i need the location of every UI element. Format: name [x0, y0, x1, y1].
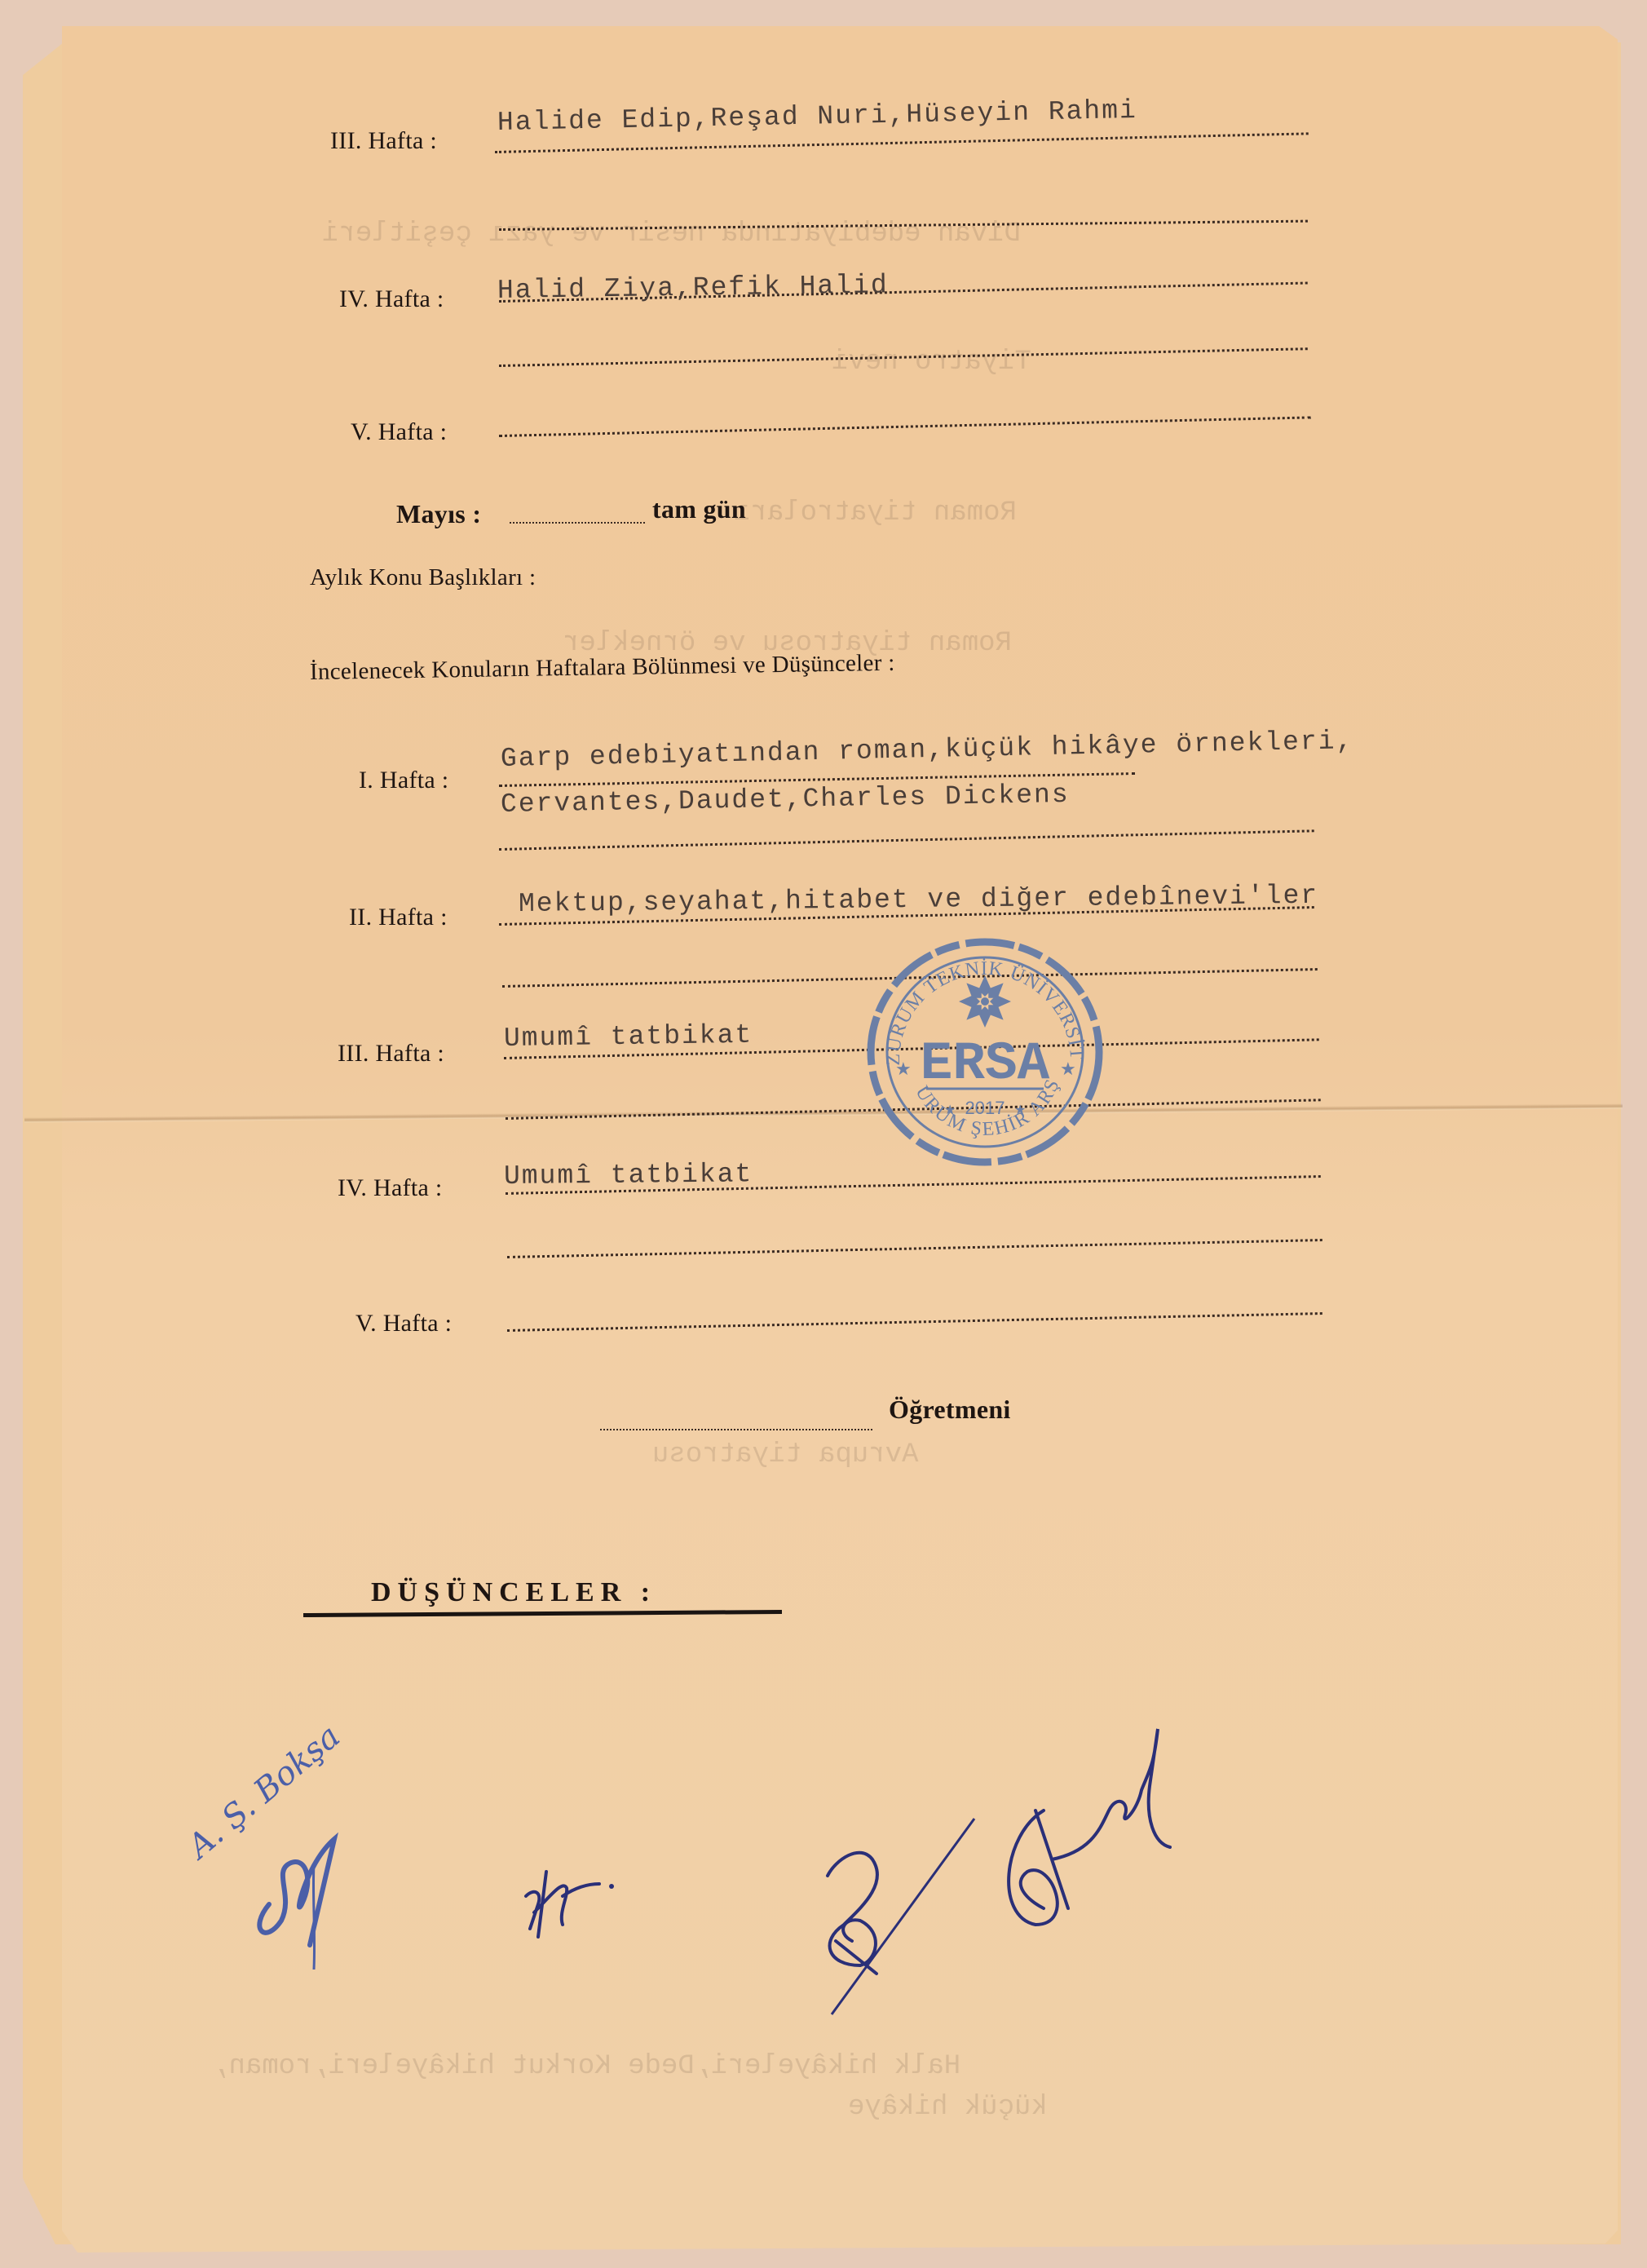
- monthly-topics-label: Aylık Konu Başlıkları :: [310, 564, 536, 591]
- days-suffix-label: tam gün: [652, 494, 746, 524]
- week-label-iii: III. Hafta :: [338, 1040, 444, 1068]
- teacher-name-line[interactable]: [600, 1429, 872, 1430]
- svg-text:★: ★: [1060, 1059, 1076, 1079]
- handwritten-signature-icon: A. Ş. Bokşa: [192, 1700, 404, 1978]
- signature-3: [811, 1778, 958, 2023]
- bleed-through-text: Halk hikâyeleri,Dede Korkut hikâyeleri,r…: [212, 2051, 960, 2082]
- week-label-i: I. Hafta :: [359, 767, 448, 794]
- week-label-v: V. Hafta :: [351, 418, 447, 446]
- signature-2: [518, 1847, 616, 1945]
- teacher-label: Öğretmeni: [889, 1395, 1011, 1425]
- week-label-v: V. Hafta :: [355, 1310, 452, 1337]
- week-label-iv: IV. Hafta :: [338, 1174, 443, 1202]
- handwritten-signature-icon: [518, 1847, 616, 1945]
- signature-4: [995, 1713, 1182, 1941]
- stamp-icon: ERZURUM TEKNİK ÜNİVERSİTESİ ERZURUM ŞEHİ…: [863, 930, 1107, 1174]
- handwritten-signature-icon: [995, 1713, 1182, 1941]
- bleed-through-text: Avrupa tiyatrosu: [652, 1439, 918, 1470]
- bleed-through-text: Tiyatro nevi: [832, 347, 1031, 378]
- snowflake-emblem-icon: [959, 975, 1011, 1028]
- month-label: Mayıs :: [396, 499, 481, 529]
- bleed-through-text: küçük hikâye: [848, 2092, 1048, 2123]
- svg-text:★: ★: [944, 1103, 956, 1117]
- week-label-iv: IV. Hafta :: [339, 285, 444, 313]
- days-entry-line[interactable]: [510, 522, 645, 524]
- handwritten-signature-icon: [811, 1778, 958, 2023]
- svg-text:A. Ş. Bokşa: A. Ş. Bokşa: [179, 1718, 347, 1868]
- svg-text:2017: 2017: [965, 1098, 1005, 1118]
- ersa-archive-stamp: ERZURUM TEKNİK ÜNİVERSİTESİ ERZURUM ŞEHİ…: [863, 930, 1107, 1174]
- bleed-through-text: Roman tiyatroları: [734, 497, 1017, 528]
- week-entry-text[interactable]: Umumî tatbikat: [504, 1020, 753, 1054]
- week-entry-text[interactable]: Umumî tatbikat: [504, 1159, 753, 1191]
- svg-text:ERSA: ERSA: [921, 1033, 1050, 1094]
- svg-text:★: ★: [1014, 1103, 1026, 1117]
- week-label-ii: II. Hafta :: [349, 904, 448, 931]
- svg-text:★: ★: [895, 1059, 912, 1079]
- comments-heading: DÜŞÜNCELER :: [371, 1577, 656, 1608]
- week-entry-text[interactable]: Halid Ziya,Refik Halid: [497, 270, 889, 306]
- signature-1: A. Ş. Bokşa: [192, 1700, 404, 1978]
- week-label-iii: III. Hafta :: [330, 127, 437, 155]
